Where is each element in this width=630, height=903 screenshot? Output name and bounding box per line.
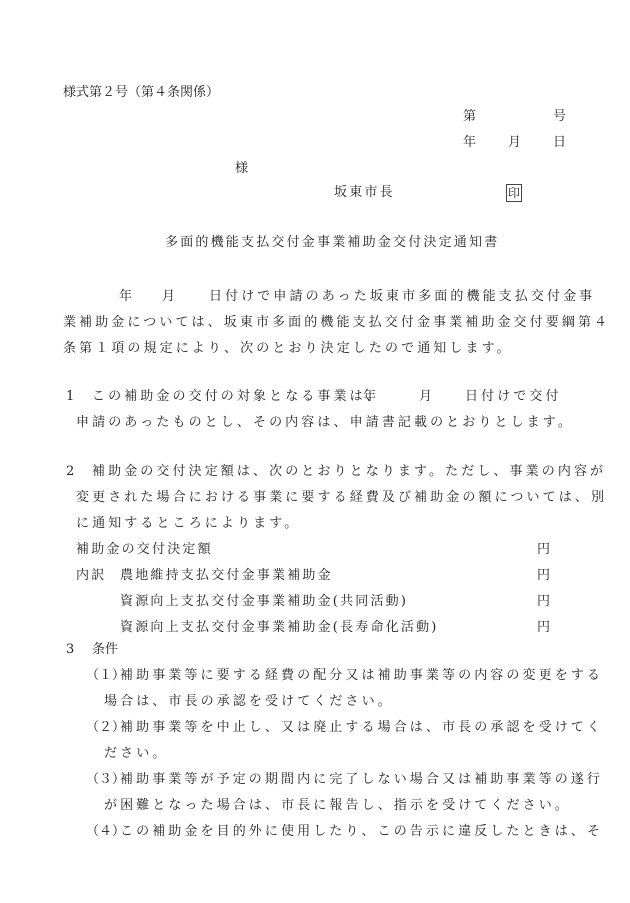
section3-number: 3 bbox=[66, 643, 74, 656]
section1-line1-rest: 日付けで交付 bbox=[465, 390, 562, 403]
intro-line1: 日付けで申請のあった坂東市多面的機能支払交付金事 bbox=[209, 290, 595, 303]
section2-line3: に通知するところによります。 bbox=[76, 517, 300, 530]
condition-1-line1: 補助事業等に要する経費の配分又は補助事業等の内容の変更をする bbox=[120, 669, 603, 682]
amount-joint-unit: 円 bbox=[537, 595, 550, 608]
condition-3-line1: 補助事業等が予定の期間内に完了しない場合又は補助事業等の遂行 bbox=[120, 773, 603, 786]
condition-3-line2: が困難となった場合は、市長に報告し、指示を受けてください。 bbox=[104, 799, 571, 812]
amount-joint-label: 資源向上支払交付金事業補助金(共同活動) bbox=[120, 595, 408, 608]
intro-month: 月 bbox=[162, 290, 175, 303]
seal-mark: 印 bbox=[506, 184, 522, 202]
condition-2-line2: ださい。 bbox=[104, 747, 168, 760]
condition-4-line1: この補助金を目的外に使用したり、この告示に違反したときは、そ bbox=[120, 825, 603, 838]
issuer-name: 坂東市長 bbox=[334, 186, 395, 199]
number-prefix: 第 bbox=[463, 110, 476, 123]
amount-total-label: 補助金の交付決定額 bbox=[76, 543, 213, 556]
section2-line2: 変更された場合における事業に要する経費及び補助金の額については、別 bbox=[76, 491, 607, 504]
document-title: 多面的機能支払交付金事業補助金交付決定通知書 bbox=[165, 236, 499, 249]
condition-1-line2: 場合は、市長の承認を受けてください。 bbox=[104, 695, 394, 708]
date-year: 年 bbox=[463, 136, 476, 149]
condition-2-line1: 補助事業等を中止し、又は廃止する場合は、市長の承認を受けてく bbox=[120, 721, 603, 734]
amount-longevity-unit: 円 bbox=[537, 621, 550, 634]
amount-farmland-label: 農地維持支払交付金事業補助金 bbox=[120, 569, 333, 582]
intro-line2: 業補助金については、坂東市多面的機能支払交付金事業補助金交付要綱第４ bbox=[63, 316, 610, 329]
intro-line3: 条第１項の規定により、次のとおり決定したので通知します。 bbox=[63, 342, 513, 355]
addressee-suffix: 様 bbox=[235, 162, 248, 175]
section3-heading: 条件 bbox=[92, 643, 118, 656]
date-day: 日 bbox=[553, 136, 566, 149]
amount-farmland-unit: 円 bbox=[537, 569, 550, 582]
section1-year: 年 bbox=[363, 390, 376, 403]
date-month: 月 bbox=[508, 136, 521, 149]
section1-line1: この補助金の交付の対象となる事業は、 bbox=[92, 390, 382, 403]
intro-year: 年 bbox=[119, 290, 132, 303]
amount-total-unit: 円 bbox=[537, 543, 550, 556]
section2-number: 2 bbox=[66, 465, 74, 478]
breakdown-prefix: 内訳 bbox=[76, 569, 106, 582]
section1-number: 1 bbox=[66, 390, 74, 403]
section1-line2: 申請のあったものとし、その内容は、申請書記載のとおりとします。 bbox=[76, 416, 574, 429]
number-suffix: 号 bbox=[553, 110, 566, 123]
seal-icon: 印 bbox=[506, 184, 522, 202]
section1-month: 月 bbox=[419, 390, 432, 403]
amount-longevity-label: 資源向上支払交付金事業補助金(長寿命化活動) bbox=[120, 621, 439, 634]
section2-line1: 補助金の交付決定額は、次のとおりとなります。ただし、事業の内容が bbox=[92, 465, 606, 478]
form-label: 様式第２号（第４条関係） bbox=[63, 86, 219, 99]
